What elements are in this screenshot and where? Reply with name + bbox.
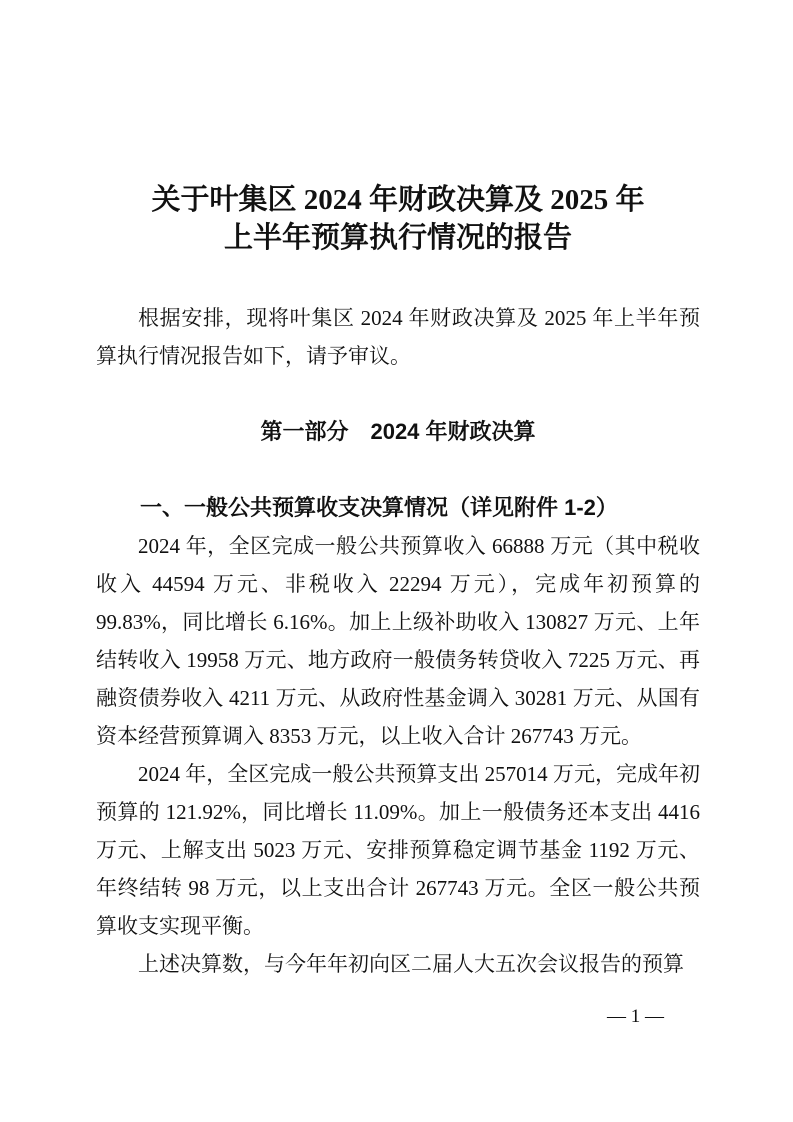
document-title-line-1: 关于叶集区 2024 年财政决算及 2025 年 bbox=[96, 181, 700, 219]
page-number: — 1 — bbox=[96, 998, 700, 1036]
expenditure-paragraph: 2024 年，全区完成一般公共预算支出 257014 万元，完成年初预算的 12… bbox=[96, 755, 700, 945]
revenue-paragraph: 2024 年，全区完成一般公共预算收入 66888 万元（其中税收收入 4459… bbox=[96, 527, 700, 755]
document-title: 关于叶集区 2024 年财政决算及 2025 年 上半年预算执行情况的报告 bbox=[96, 181, 700, 257]
comparison-paragraph: 上述决算数，与今年年初向区二届人大五次会议报告的预算 bbox=[96, 945, 700, 983]
part-1-heading: 第一部分 2024 年财政决算 bbox=[96, 413, 700, 451]
document-title-line-2: 上半年预算执行情况的报告 bbox=[96, 219, 700, 257]
section-1-heading: 一、一般公共预算收支决算情况（详见附件 1-2） bbox=[96, 489, 700, 527]
intro-paragraph: 根据安排，现将叶集区 2024 年财政决算及 2025 年上半年预算执行情况报告… bbox=[96, 299, 700, 375]
document-page: 关于叶集区 2024 年财政决算及 2025 年 上半年预算执行情况的报告 根据… bbox=[0, 0, 793, 1122]
